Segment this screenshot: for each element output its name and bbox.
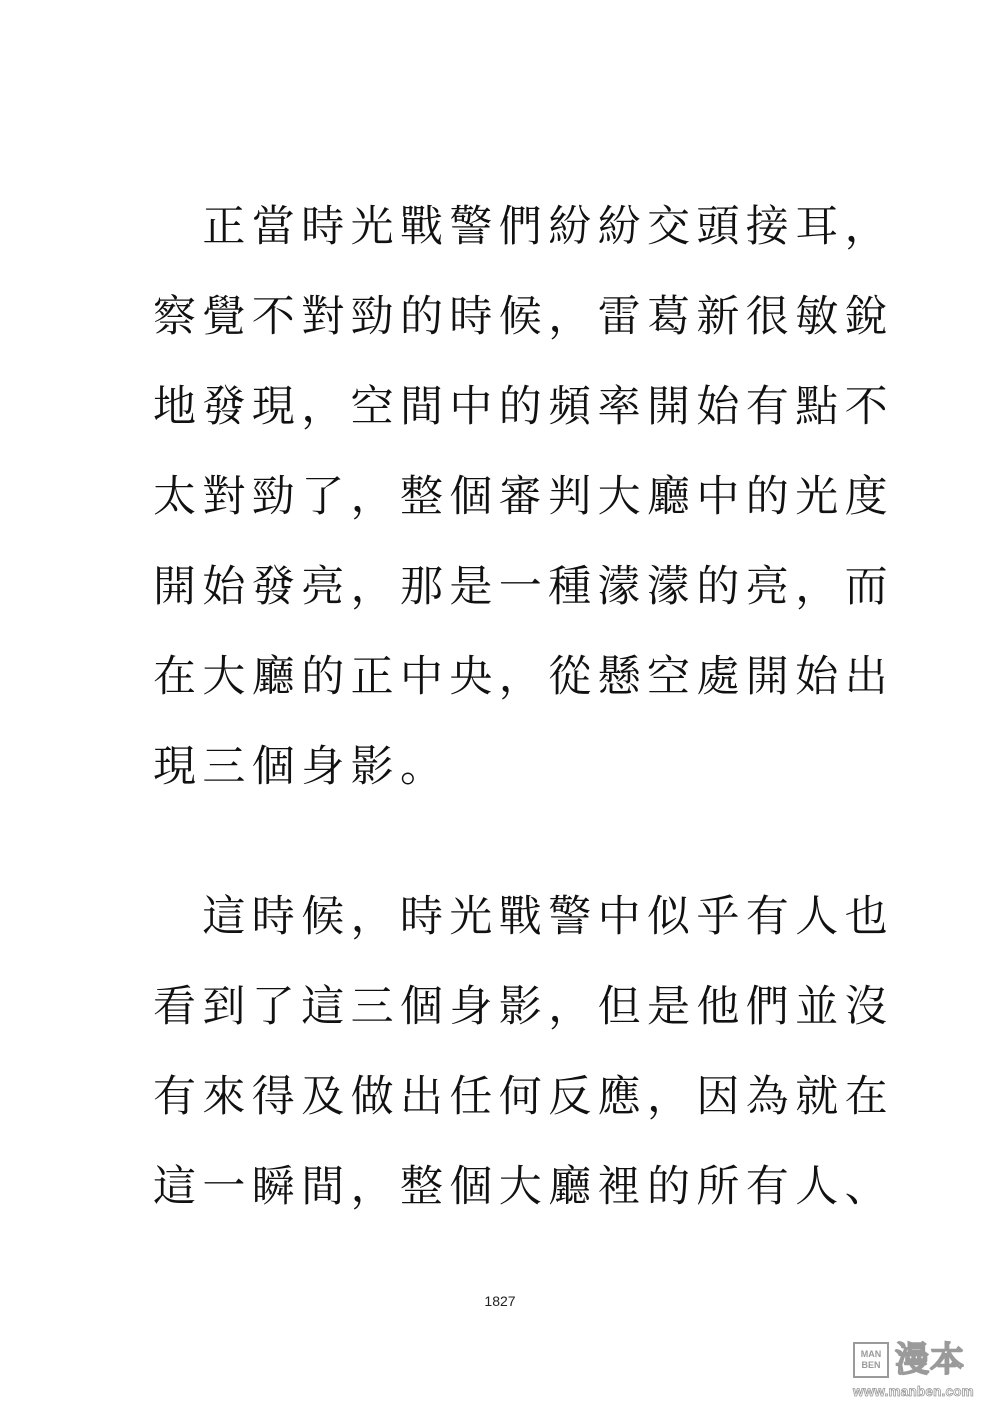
text-line: 開始發亮，那是一種濛濛的亮，而 bbox=[153, 557, 894, 617]
text-line: 地發現，空間中的頻率開始有點不 bbox=[153, 377, 894, 437]
text-line: 這一瞬間，整個大廳裡的所有人、 bbox=[153, 1157, 894, 1217]
text-line: 正當時光戰警們紛紛交頭接耳， bbox=[153, 197, 894, 257]
text-line: 看到了這三個身影，但是他們並沒 bbox=[153, 977, 894, 1037]
document-page: 正當時光戰警們紛紛交頭接耳， 察覺不對勁的時候，雷葛新很敏銳 地發現，空間中的頻… bbox=[0, 0, 1000, 1414]
page-number: 1827 bbox=[0, 1293, 1000, 1309]
text-line: 太對勁了，整個審判大廳中的光度 bbox=[153, 467, 894, 527]
text-line: 有來得及做出任何反應，因為就在 bbox=[153, 1067, 894, 1127]
manben-logo-icon: MAN BEN bbox=[853, 1342, 889, 1378]
text-line: 察覺不對勁的時候，雷葛新很敏銳 bbox=[153, 287, 894, 347]
logo-text-bottom: BEN bbox=[855, 1360, 887, 1371]
text-line: 這時候，時光戰警中似乎有人也 bbox=[153, 887, 894, 947]
text-line: 在大廳的正中央，從懸空處開始出 bbox=[153, 647, 894, 707]
manben-watermark: MAN BEN 漫本 www.manben.com bbox=[853, 1342, 993, 1404]
text-line: 現三個身影。 bbox=[153, 737, 449, 797]
watermark-url: www.manben.com bbox=[853, 1384, 974, 1399]
watermark-name: 漫本 bbox=[895, 1340, 965, 1380]
logo-text-top: MAN bbox=[855, 1349, 887, 1360]
